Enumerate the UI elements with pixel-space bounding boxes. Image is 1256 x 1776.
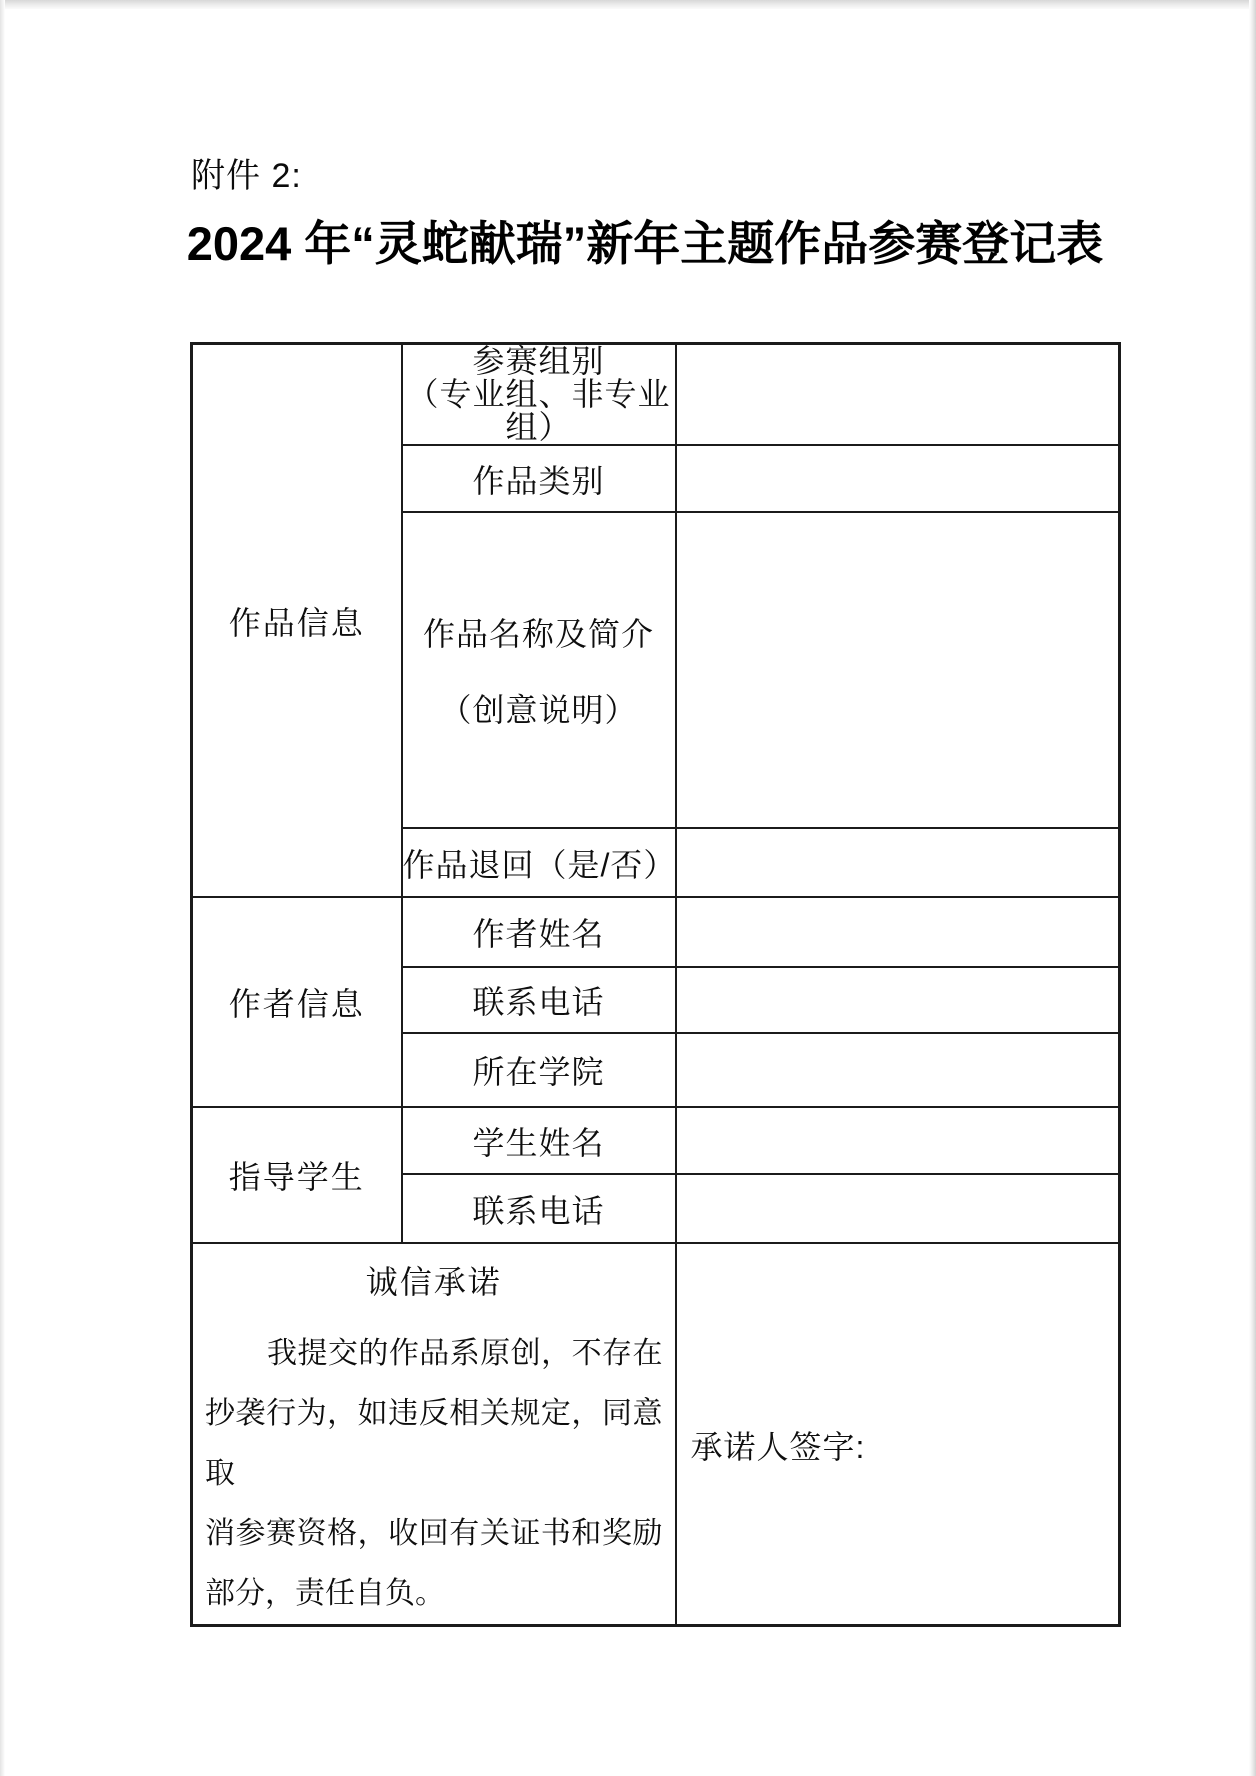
- value-student-phone: [676, 1174, 1120, 1243]
- label-work-name-intro: 作品名称及简介 （创意说明）: [402, 512, 676, 828]
- section-header-author-info: 作者信息: [192, 897, 402, 1107]
- label-entry-group: 参赛组别 （专业组、非专业组）: [402, 344, 676, 446]
- pledge-line: 消参赛资格，收回有关证书和奖励: [205, 1504, 663, 1564]
- value-work-return: [676, 828, 1120, 897]
- label-student-name: 学生姓名: [402, 1107, 676, 1174]
- document-page: 附件 2: 2024 年“灵蛇献瑞”新年主题作品参赛登记表 作品信息 参赛组别 …: [0, 0, 1256, 1776]
- pledge-line: 抄袭行为，如违反相关规定，同意取: [205, 1384, 663, 1504]
- value-author-college: [676, 1033, 1120, 1107]
- label-author-college: 所在学院: [402, 1033, 676, 1107]
- pledge-line: 部分，责任自负。: [205, 1564, 663, 1624]
- label-author-phone: 联系电话: [402, 967, 676, 1033]
- label-student-phone: 联系电话: [402, 1174, 676, 1243]
- label-work-name-line1: 作品名称及简介: [403, 609, 675, 655]
- label-work-category: 作品类别: [402, 445, 676, 512]
- section-header-guiding-student: 指导学生: [192, 1107, 402, 1243]
- pledge-body: 我提交的作品系原创，不存在 抄袭行为，如违反相关规定，同意取 消参赛资格，收回有…: [205, 1324, 663, 1624]
- value-work-category: [676, 445, 1120, 512]
- label-entry-group-line1: 参赛组别: [403, 345, 675, 378]
- table-row: 指导学生 学生姓名: [192, 1107, 1120, 1174]
- table-row: 作品信息 参赛组别 （专业组、非专业组）: [192, 344, 1120, 446]
- label-author-name: 作者姓名: [402, 897, 676, 967]
- value-author-phone: [676, 967, 1120, 1033]
- value-student-name: [676, 1107, 1120, 1174]
- page-top-edge: [0, 0, 1256, 9]
- page-left-edge: [0, 0, 5, 1776]
- registration-table: 作品信息 参赛组别 （专业组、非专业组） 作品类别 作品名称及简介 （创意说明）: [190, 342, 1121, 1627]
- page-title: 2024 年“灵蛇献瑞”新年主题作品参赛登记表: [160, 216, 1130, 272]
- section-header-work-info: 作品信息: [192, 344, 402, 898]
- label-work-name-line2: （创意说明）: [403, 685, 675, 731]
- integrity-pledge-cell: 诚信承诺 我提交的作品系原创，不存在 抄袭行为，如违反相关规定，同意取 消参赛资…: [192, 1243, 676, 1626]
- pledge-title: 诚信承诺: [193, 1260, 675, 1304]
- attachment-label: 附件 2:: [191, 156, 302, 196]
- label-entry-group-line2: （专业组、非专业组）: [403, 378, 675, 444]
- table-row: 作者信息 作者姓名: [192, 897, 1120, 967]
- signature-cell: 承诺人签字:: [676, 1243, 1120, 1626]
- value-work-name-intro: [676, 512, 1120, 828]
- table-row: 诚信承诺 我提交的作品系原创，不存在 抄袭行为，如违反相关规定，同意取 消参赛资…: [192, 1243, 1120, 1626]
- signature-label: 承诺人签字:: [691, 1422, 1119, 1468]
- page-right-edge: [1249, 0, 1256, 1776]
- value-author-name: [676, 897, 1120, 967]
- label-work-return: 作品退回（是/否）: [402, 828, 676, 897]
- pledge-line: 我提交的作品系原创，不存在: [205, 1324, 663, 1384]
- value-entry-group: [676, 344, 1120, 446]
